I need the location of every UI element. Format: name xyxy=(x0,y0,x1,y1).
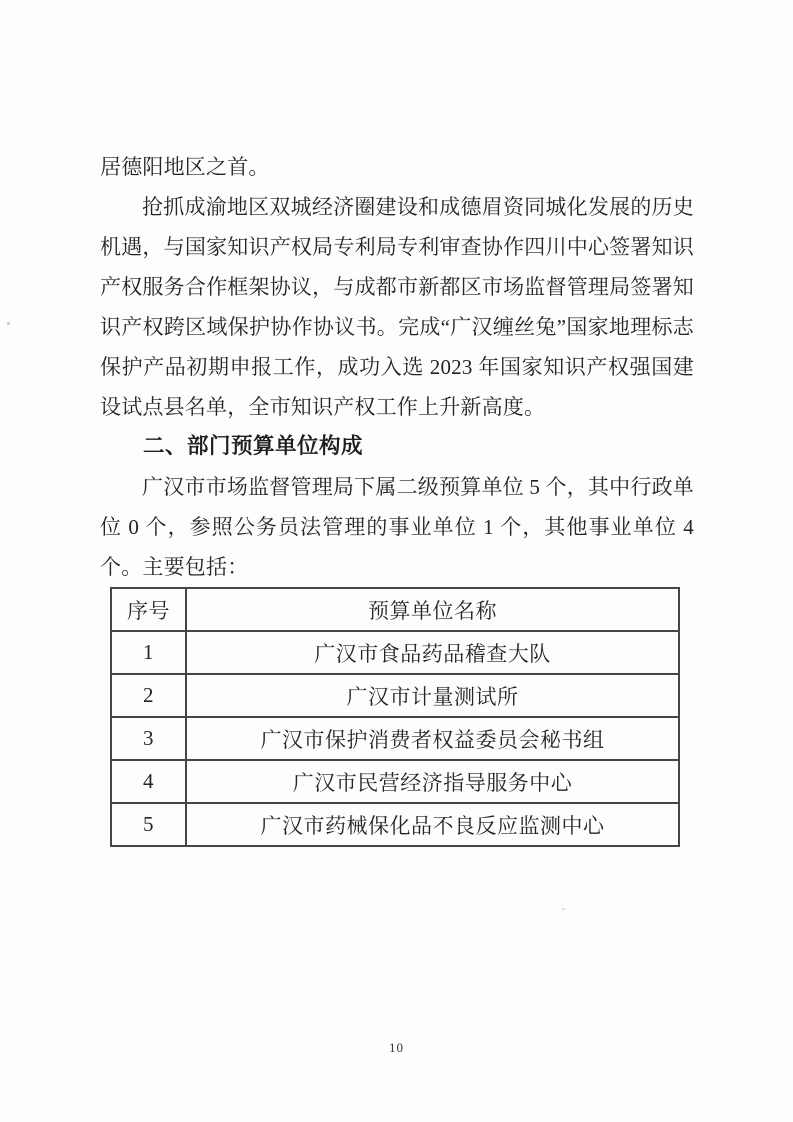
scan-speck xyxy=(7,322,10,325)
column-header-unit-name: 预算单位名称 xyxy=(186,588,679,631)
scan-speck xyxy=(562,908,565,910)
table-row: 4 广汉市民营经济指导服务中心 xyxy=(111,760,679,803)
row-index: 2 xyxy=(111,674,186,717)
unit-name: 广汉市计量测试所 xyxy=(186,674,679,717)
section-heading: 二、部门预算单位构成 xyxy=(100,427,694,467)
unit-name: 广汉市民营经济指导服务中心 xyxy=(186,760,679,803)
table-row: 5 广汉市药械保化品不良反应监测中心 xyxy=(111,803,679,846)
unit-name: 广汉市药械保化品不良反应监测中心 xyxy=(186,803,679,846)
row-index: 1 xyxy=(111,631,186,674)
table-row: 3 广汉市保护消费者权益委员会秘书组 xyxy=(111,717,679,760)
paragraph-unit-composition: 广汉市市场监督管理局下属二级预算单位 5 个，其中行政单位 0 个，参照公务员法… xyxy=(100,467,694,587)
budget-units-table: 序号 预算单位名称 1 广汉市食品药品稽查大队 2 广汉市计量测试所 3 广汉市… xyxy=(110,587,680,847)
row-index: 4 xyxy=(111,760,186,803)
table-row: 2 广汉市计量测试所 xyxy=(111,674,679,717)
unit-name: 广汉市保护消费者权益委员会秘书组 xyxy=(186,717,679,760)
column-header-index: 序号 xyxy=(111,588,186,631)
document-page: 居德阳地区之首。 抢抓成渝地区双城经济圈建设和成德眉资同城化发展的历史机遇，与国… xyxy=(0,0,793,1122)
document-body: 居德阳地区之首。 抢抓成渝地区双城经济圈建设和成德眉资同城化发展的历史机遇，与国… xyxy=(100,147,694,847)
paragraph-ip-work: 抢抓成渝地区双城经济圈建设和成德眉资同城化发展的历史机遇，与国家知识产权局专利局… xyxy=(100,187,694,427)
table-row: 1 广汉市食品药品稽查大队 xyxy=(111,631,679,674)
table-header-row: 序号 预算单位名称 xyxy=(111,588,679,631)
row-index: 5 xyxy=(111,803,186,846)
row-index: 3 xyxy=(111,717,186,760)
paragraph-continuation: 居德阳地区之首。 xyxy=(100,147,694,187)
page-number: 10 xyxy=(0,1040,793,1056)
unit-name: 广汉市食品药品稽查大队 xyxy=(186,631,679,674)
